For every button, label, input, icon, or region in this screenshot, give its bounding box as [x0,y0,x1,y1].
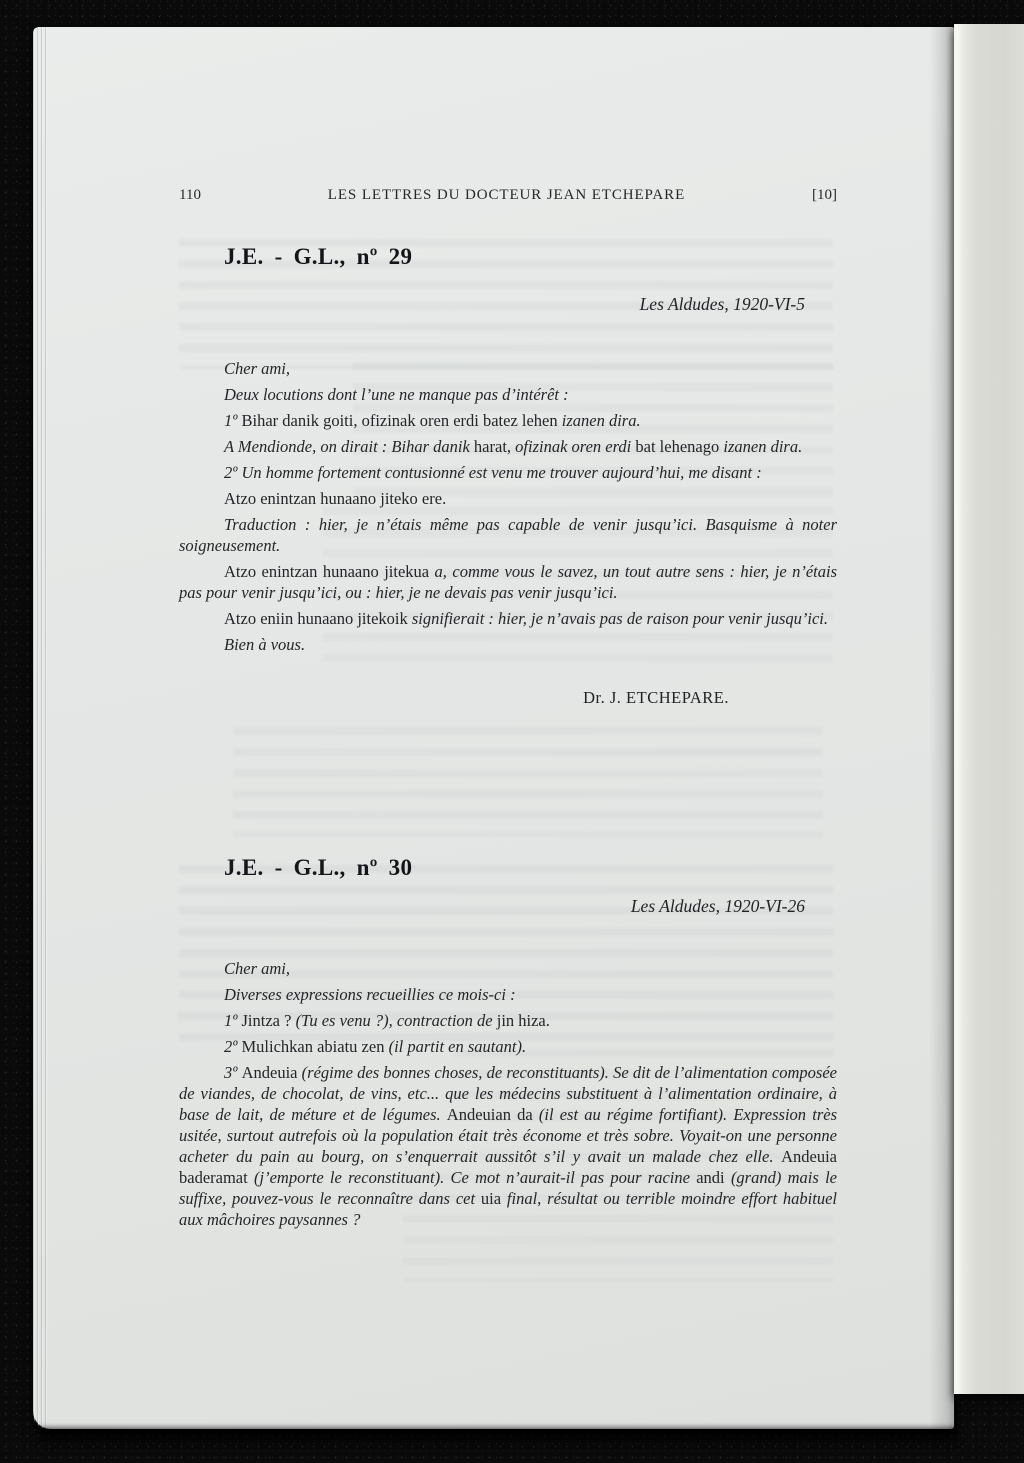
text-segment: (Tu es venu ?), contraction de [296,1011,497,1030]
page-number: 110 [179,187,201,204]
text-segment: andi [696,1168,731,1187]
letter-29-dateline: Les Aldudes, 1920-VI-5 [179,294,837,315]
text-segment: jin hiza. [497,1011,550,1030]
text-segment: 2º [224,1037,242,1056]
text-segment: 1º [224,1011,242,1030]
text-segment: Andeuian da [447,1105,539,1124]
text-segment: izanen dira. [723,437,802,456]
text-segment: uia [481,1189,507,1208]
text-segment: bat lehenago [635,437,723,456]
text-segment: Traduction : hier, je n’étais même pas c… [179,515,837,555]
text-segment: 2º Un homme fortement contusionné est ve… [224,463,762,482]
running-header: 110 LES LETTRES DU DOCTEUR JEAN ETCHEPAR… [179,187,837,204]
text-segment: harat, [474,437,515,456]
paragraph: 2º Mulichkan abiatu zen (il partit en sa… [179,1036,837,1057]
text-segment: Atzo enintzan hunaano jiteko ere. [224,489,446,508]
running-title: LES LETTRES DU DOCTEUR JEAN ETCHEPARE [328,187,685,204]
letter-29-signature: Dr. J. ETCHEPARE. [179,687,837,708]
paragraph: Cher ami, [179,358,837,379]
paragraph: A Mendionde, on dirait : Bihar danik har… [179,436,837,457]
text-segment: 1º [224,411,242,430]
paragraph: 2º Un homme fortement contusionné est ve… [179,462,837,483]
book-page: 110 LES LETTRES DU DOCTEUR JEAN ETCHEPAR… [33,27,954,1429]
letter-29-body: Cher ami,Deux locutions dont l’une ne ma… [179,353,837,708]
text-segment: izanen dira. [562,411,641,430]
page-bottom-shadow [40,1428,958,1445]
paragraph: Diverses expressions recueillies ce mois… [179,984,837,1005]
text-segment: ofizinak oren erdi [515,437,635,456]
letter-30-body: Cher ami,Diverses expressions recueillie… [179,953,837,1230]
paragraph: Deux locutions dont l’une ne manque pas … [179,384,837,405]
letter-30-dateline: Les Aldudes, 1920-VI-26 [179,896,837,917]
text-segment: Jintza ? [242,1011,296,1030]
text-segment: (j’emporte le reconstituant). Ce mot n’a… [254,1168,696,1187]
facing-page-edge [954,24,1024,1394]
paragraph: Atzo enintzan hunaano jiteko ere. [179,488,837,509]
issue-number: [10] [812,187,837,204]
paragraph: 1º Bihar danik goiti, ofizinak oren erdi… [179,410,837,431]
paragraph: Traduction : hier, je n’étais même pas c… [179,514,837,556]
paragraph: Cher ami, [179,958,837,979]
text-segment: 3º [224,1063,242,1082]
text-segment: (il partit en sautant). [389,1037,527,1056]
paragraph: 3º Andeuia (régime des bonnes choses, de… [179,1062,837,1230]
letter-29-heading: J.E. - G.L., nº 29 [224,244,412,270]
text-segment: Atzo enintzan hunaano jitekua [224,562,435,581]
text-segment: Cher ami, [224,359,290,378]
text-segment: Bihar danik goiti, ofizinak oren erdi ba… [242,411,562,430]
text-segment: Bien à vous. [224,635,305,654]
text-segment: Cher ami, [224,959,290,978]
letter-30-heading: J.E. - G.L., nº 30 [224,855,412,881]
paragraph: 1º Jintza ? (Tu es venu ?), contraction … [179,1010,837,1031]
paragraph: Atzo enintzan hunaano jitekua a, comme v… [179,561,837,603]
paragraph: Atzo eniin hunaano jitekoik signifierait… [179,608,837,629]
text-segment: Mulichkan abiatu zen [242,1037,389,1056]
text-segment: Diverses expressions recueillies ce mois… [224,985,516,1004]
text-segment: Atzo eniin hunaano jitekoik [224,609,412,628]
page-stack-edge [33,27,48,1429]
book-scan-background: 110 LES LETTRES DU DOCTEUR JEAN ETCHEPAR… [0,0,1024,1463]
text-segment: signifierait : hier, je n’avais pas de r… [412,609,828,628]
bleedthrough-ghost [233,727,823,837]
paragraph: Bien à vous. [179,634,837,655]
text-segment: A Mendionde, on dirait : Bihar danik [224,437,474,456]
text-segment: Andeuia [242,1063,302,1082]
gutter-shadow [929,27,955,1429]
text-segment: Deux locutions dont l’une ne manque pas … [224,385,569,404]
